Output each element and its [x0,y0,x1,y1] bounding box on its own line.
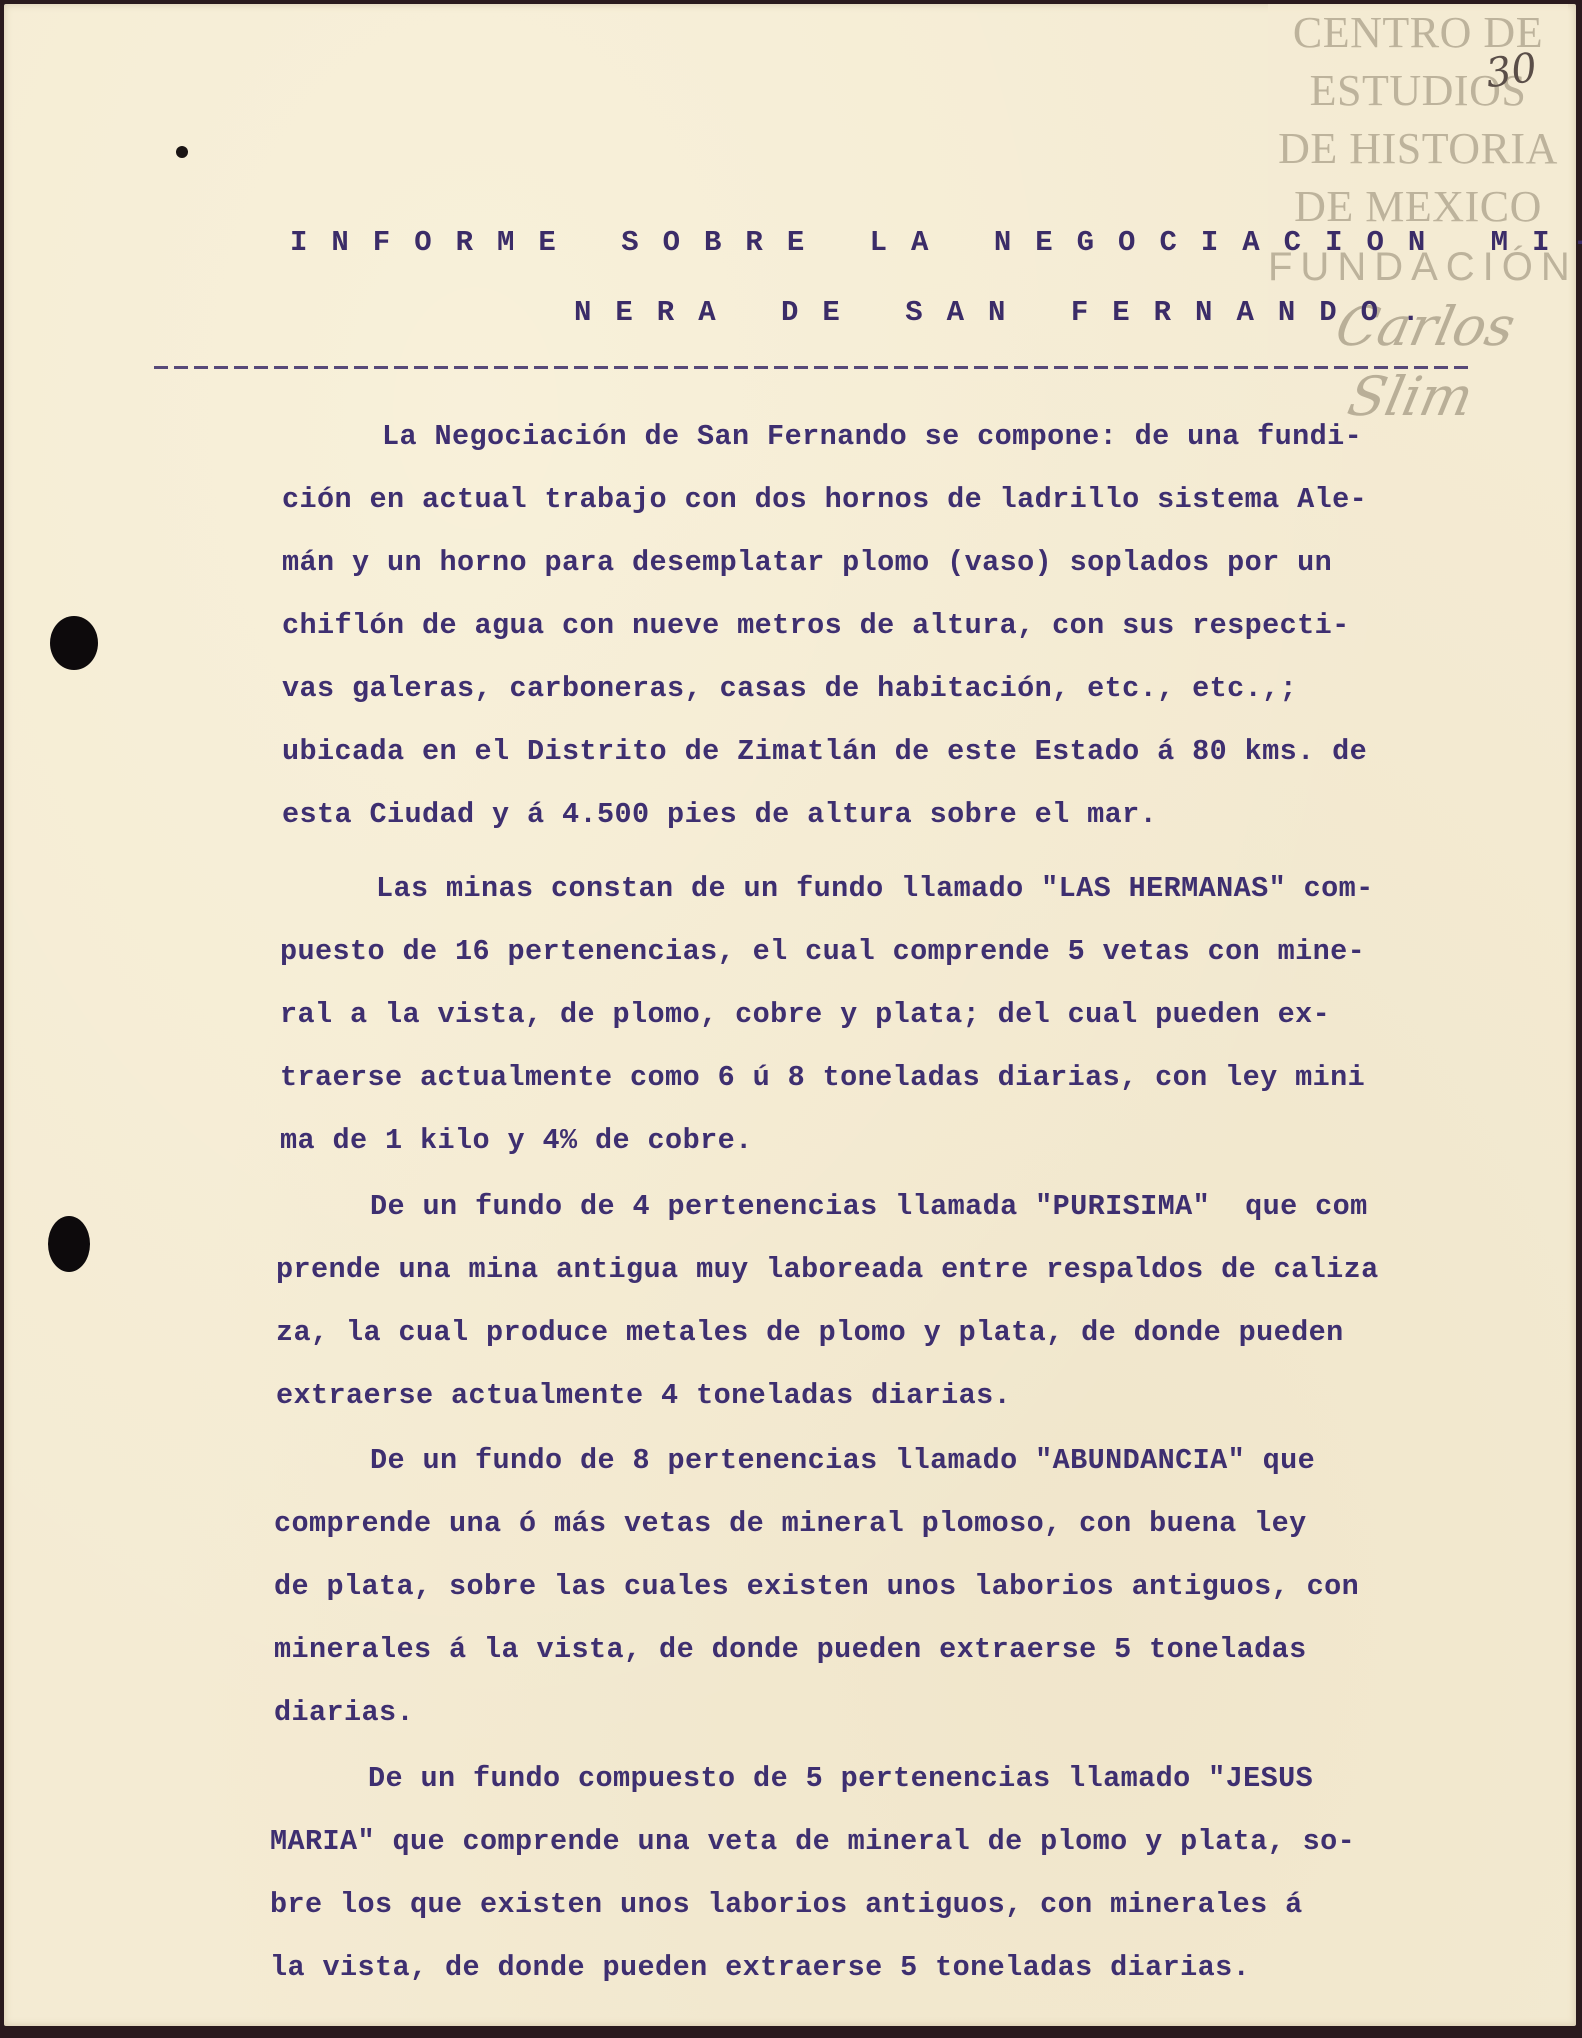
text-line: vas galeras, carboneras, casas de habita… [282,672,1297,705]
text-line: traerse actualmente como 6 ú 8 toneladas… [280,1061,1365,1094]
punch-hole-bottom [48,1216,90,1272]
text-line: extraerse actualmente 4 toneladas diaria… [276,1379,1011,1412]
watermark-line: DE HISTORIA [1268,120,1568,178]
text-line: za, la cual produce metales de plomo y p… [276,1316,1344,1349]
document-title-line-1: INFORME SOBRE LA NEGOCIACION MI- [290,226,1582,259]
text-line: puesto de 16 pertenencias, el cual compr… [280,935,1365,968]
text-line: MARIA" que comprende una veta de mineral… [270,1825,1355,1858]
text-line: minerales á la vista, de donde pueden ex… [274,1633,1307,1666]
ink-speck [176,146,188,158]
text-line: comprende una ó más vetas de mineral plo… [274,1507,1307,1540]
text-line: de plata, sobre las cuales existen unos … [274,1570,1359,1603]
text-line: prende una mina antigua muy laboreada en… [276,1253,1379,1286]
folio-number: 30 [1483,45,1540,98]
text-line: ma de 1 kilo y 4% de cobre. [280,1124,753,1157]
title-divider [154,366,1474,369]
text-line: mán y un horno para desemplatar plomo (v… [282,546,1332,579]
text-line: Las minas constan de un fundo llamado "L… [376,872,1374,905]
text-line: diarias. [274,1696,414,1729]
text-line: La Negociación de San Fernando se compon… [382,420,1362,453]
text-line: ubicada en el Distrito de Zimatlán de es… [282,735,1367,768]
text-line: De un fundo de 4 pertenencias llamada "P… [370,1190,1368,1223]
punch-hole-top [50,616,98,670]
text-line: esta Ciudad y á 4.500 pies de altura sob… [282,798,1157,831]
document-page: CENTRO DE ESTUDIOS DE HISTORIA DE MEXICO… [4,4,1576,2026]
text-line: ción en actual trabajo con dos hornos de… [282,483,1367,516]
text-line: De un fundo de 8 pertenencias llamado "A… [370,1444,1315,1477]
text-line: De un fundo compuesto de 5 pertenencias … [368,1762,1313,1795]
text-line: la vista, de donde pueden extraerse 5 to… [270,1951,1250,1984]
text-line: chiflón de agua con nueve metros de altu… [282,609,1350,642]
text-line: bre los que existen unos laborios antigu… [270,1888,1303,1921]
text-line: ral a la vista, de plomo, cobre y plata;… [280,998,1330,1031]
document-title-line-2: NERA DE SAN FERNANDO. [574,296,1443,329]
